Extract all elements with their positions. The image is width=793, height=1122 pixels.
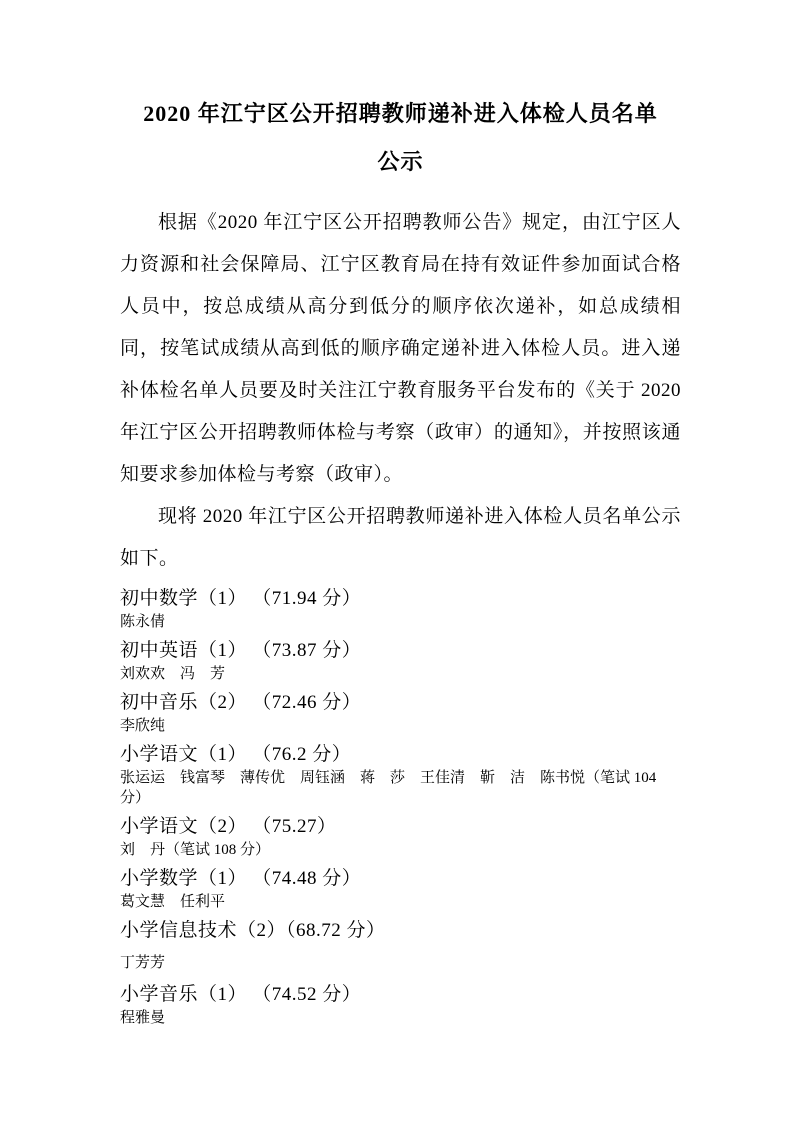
candidate-list: 初中数学（1） （71.94 分） 陈永倩 初中英语（1） （73.87 分） …: [120, 586, 681, 1028]
candidate-names: 刘欢欢 冯 芳: [120, 664, 681, 684]
position-section-primary-math: 小学数学（1） （74.48 分） 葛文慧 任利平: [120, 866, 681, 912]
position-section-primary-music: 小学音乐（1） （74.52 分） 程雅曼: [120, 982, 681, 1028]
intro-paragraph: 根据《2020 年江宁区公开招聘教师公告》规定，由江宁区人力资源和社会保障局、江…: [120, 202, 681, 496]
position-heading: 初中英语（1） （73.87 分）: [120, 638, 681, 664]
position-section-primary-it: 小学信息技术（2）（68.72 分） 丁芳芳: [120, 918, 681, 973]
position-heading: 初中音乐（2） （72.46 分）: [120, 690, 681, 716]
candidate-names: 陈永倩: [120, 612, 681, 632]
position-section-junior-english: 初中英语（1） （73.87 分） 刘欢欢 冯 芳: [120, 638, 681, 684]
position-heading: 小学信息技术（2）（68.72 分）: [120, 918, 681, 944]
position-section-junior-math: 初中数学（1） （71.94 分） 陈永倩: [120, 586, 681, 632]
position-section-primary-chinese-1: 小学语文（1） （76.2 分） 张运运 钱富琴 薄传优 周钰涵 蒋 莎 王佳清…: [120, 742, 681, 808]
position-heading: 小学语文（2） （75.27）: [120, 814, 681, 840]
candidate-names: 张运运 钱富琴 薄传优 周钰涵 蒋 莎 王佳清 靳 洁 陈书悦（笔试 104 分…: [120, 768, 681, 808]
announcement-page: 2020 年江宁区公开招聘教师递补进入体检人员名单 公示 根据《2020 年江宁…: [0, 0, 793, 1122]
candidate-names: 刘 丹（笔试 108 分）: [120, 840, 681, 860]
position-heading: 小学音乐（1） （74.52 分）: [120, 982, 681, 1008]
candidate-names: 程雅曼: [120, 1008, 681, 1028]
page-title: 2020 年江宁区公开招聘教师递补进入体检人员名单 公示: [120, 90, 681, 186]
position-heading: 小学语文（1） （76.2 分）: [120, 742, 681, 768]
title-line-2: 公示: [120, 138, 681, 186]
candidate-names: 葛文慧 任利平: [120, 892, 681, 912]
position-section-junior-music: 初中音乐（2） （72.46 分） 李欣纯: [120, 690, 681, 736]
position-heading: 初中数学（1） （71.94 分）: [120, 586, 681, 612]
title-line-1: 2020 年江宁区公开招聘教师递补进入体检人员名单: [120, 90, 681, 138]
position-section-primary-chinese-2: 小学语文（2） （75.27） 刘 丹（笔试 108 分）: [120, 814, 681, 860]
candidate-names: 丁芳芳: [120, 953, 681, 973]
list-intro-paragraph: 现将 2020 年江宁区公开招聘教师递补进入体检人员名单公示如下。: [120, 496, 681, 580]
candidate-names: 李欣纯: [120, 716, 681, 736]
position-heading: 小学数学（1） （74.48 分）: [120, 866, 681, 892]
